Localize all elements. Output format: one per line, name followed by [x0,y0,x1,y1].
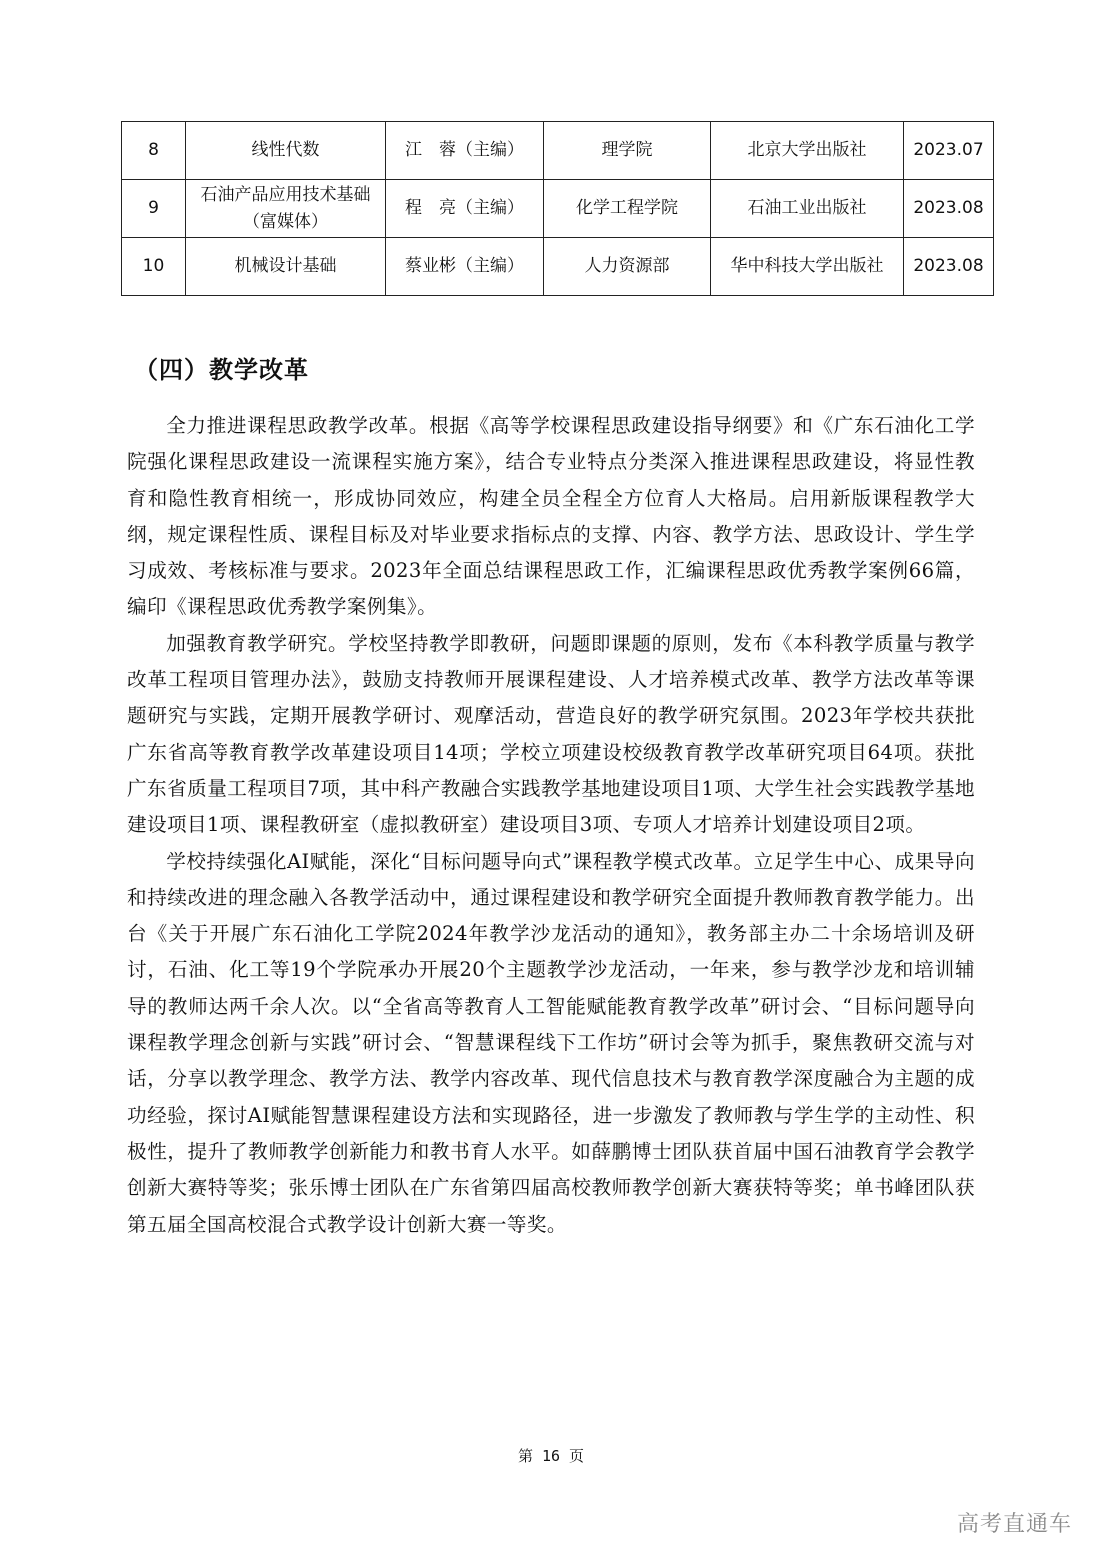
cell-date: 2023.08 [904,238,994,296]
cell-number: 8 [122,122,186,180]
cell-department: 化学工程学院 [544,180,711,238]
watermark: 高考直通车 [957,1507,1072,1538]
page-number: 第 16 页 [0,1445,1102,1466]
cell-number: 9 [122,180,186,238]
cell-book-title: 线性代数 [186,122,386,180]
table-row: 10 机械设计基础 蔡业彬（主编） 人力资源部 华中科技大学出版社 2023.0… [122,238,994,296]
paragraph-curriculum-ideology: 全力推进课程思政教学改革。根据《高等学校课程思政建设指导纲要》和《广东石油化工学… [127,408,975,626]
cell-author: 蔡业彬（主编） [386,238,544,296]
section-body: 全力推进课程思政教学改革。根据《高等学校课程思政建设指导纲要》和《广东石油化工学… [127,408,975,1243]
textbook-table: 8 线性代数 江 蓉（主编） 理学院 北京大学出版社 2023.07 9 石油产… [121,121,994,296]
cell-date: 2023.07 [904,122,994,180]
cell-department: 人力资源部 [544,238,711,296]
cell-book-title: 石油产品应用技术基础（富媒体） [186,180,386,238]
cell-publisher: 华中科技大学出版社 [711,238,904,296]
paragraph-ai-empowerment: 学校持续强化AI赋能，深化“目标问题导向式”课程教学模式改革。立足学生中心、成果… [127,844,975,1243]
cell-book-title: 机械设计基础 [186,238,386,296]
paragraph-teaching-research: 加强教育教学研究。学校坚持教学即教研，问题即课题的原则，发布《本科教学质量与教学… [127,626,975,844]
cell-date: 2023.08 [904,180,994,238]
document-page: 8 线性代数 江 蓉（主编） 理学院 北京大学出版社 2023.07 9 石油产… [0,0,1102,1559]
cell-author: 江 蓉（主编） [386,122,544,180]
cell-publisher: 石油工业出版社 [711,180,904,238]
cell-author: 程 亮（主编） [386,180,544,238]
table-row: 9 石油产品应用技术基础（富媒体） 程 亮（主编） 化学工程学院 石油工业出版社… [122,180,994,238]
cell-department: 理学院 [544,122,711,180]
table-row: 8 线性代数 江 蓉（主编） 理学院 北京大学出版社 2023.07 [122,122,994,180]
section-heading: （四）教学改革 [134,350,309,385]
cell-publisher: 北京大学出版社 [711,122,904,180]
cell-number: 10 [122,238,186,296]
